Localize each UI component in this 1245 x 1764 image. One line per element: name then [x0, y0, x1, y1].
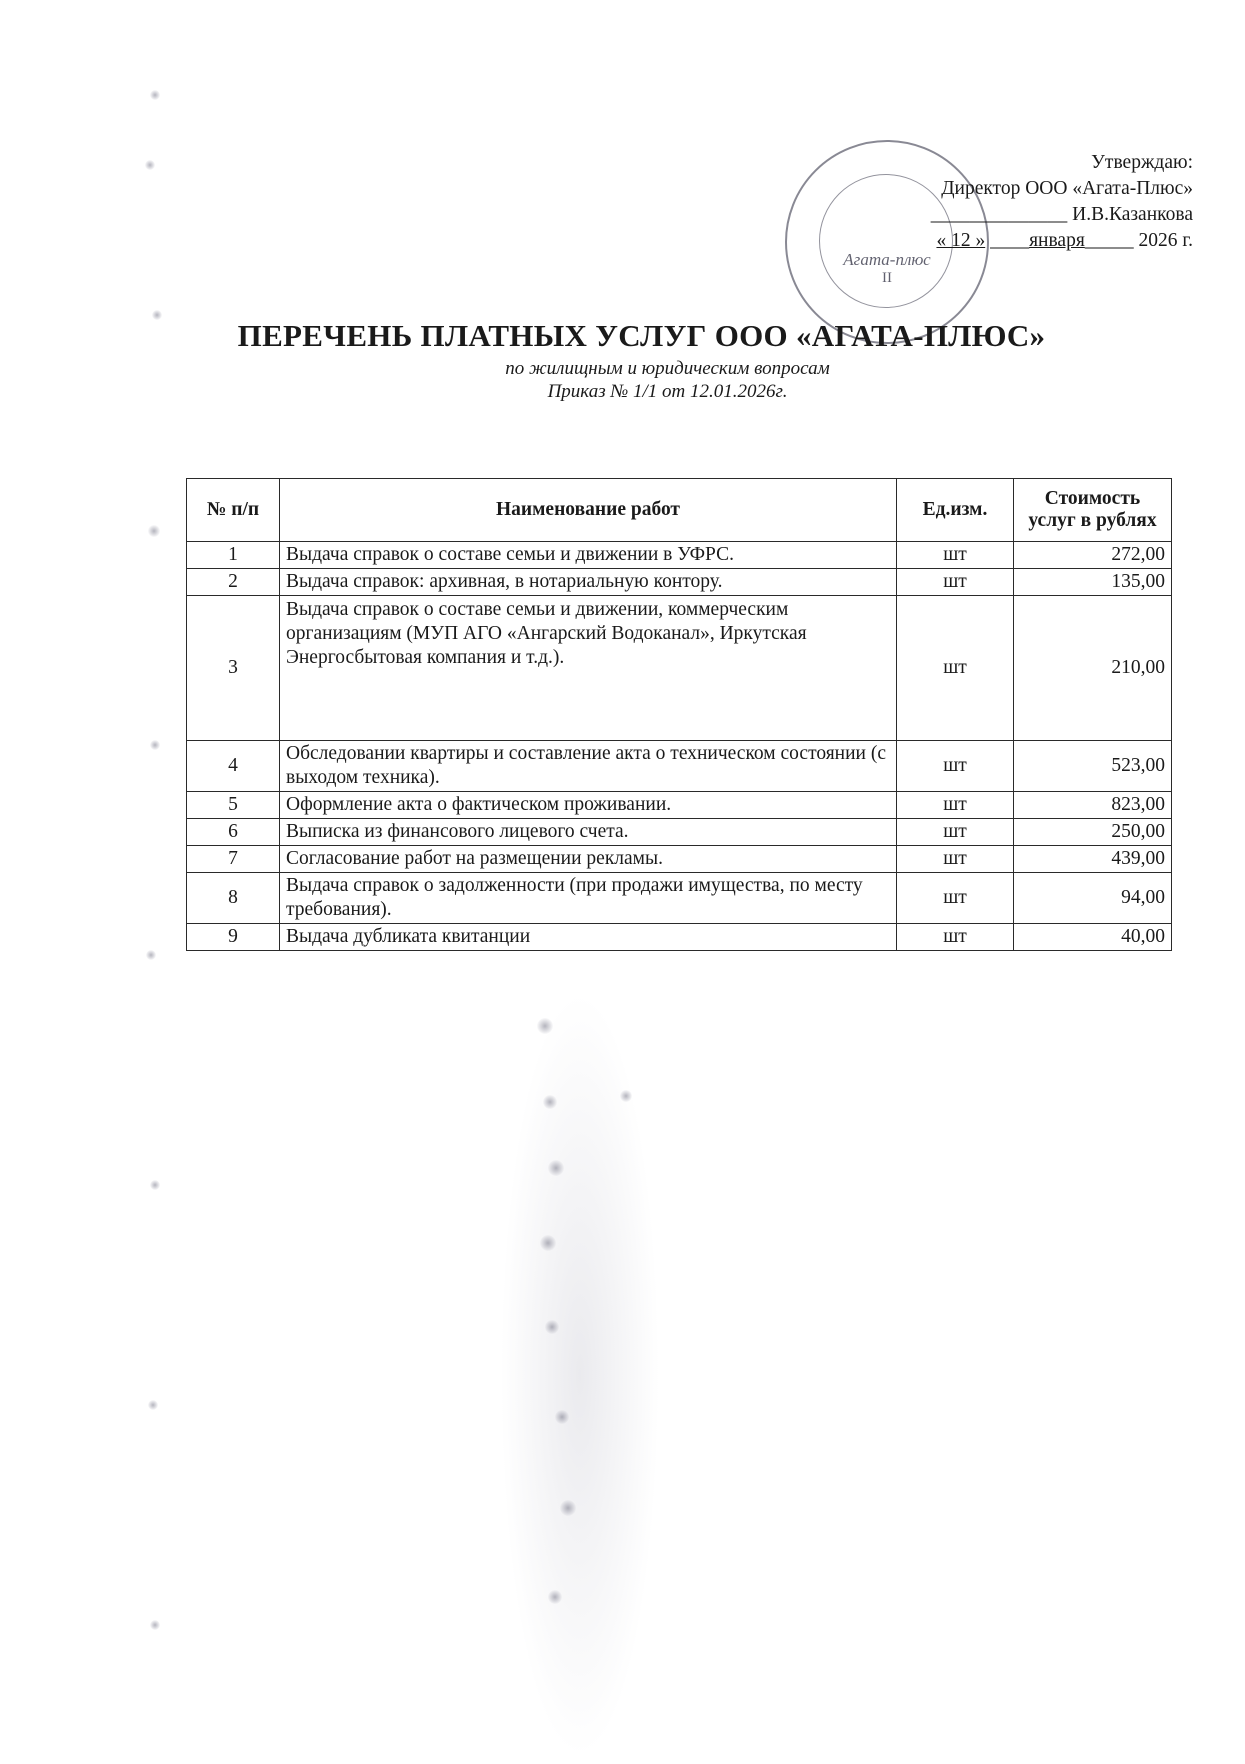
approval-date: « 12 » ____января_____ 2026 г.	[931, 228, 1193, 254]
table-row: 2 Выдача справок: архивная, в нотариальн…	[187, 569, 1172, 596]
table-row: 8 Выдача справок о задолженности (при пр…	[187, 873, 1172, 924]
table-row: 7 Согласование работ на размещении рекла…	[187, 846, 1172, 873]
table-row: 4 Обследовании квартиры и составление ак…	[187, 741, 1172, 792]
approval-year: 2026 г.	[1138, 230, 1193, 251]
header-name: Наименование работ	[280, 479, 897, 542]
table-row: 5 Оформление акта о фактическом проживан…	[187, 792, 1172, 819]
table-row: 3 Выдача справок о составе семьи и движе…	[187, 596, 1172, 741]
document-title: ПЕРЕЧЕНЬ ПЛАТНЫХ УСЛУГ ООО «АГАТА-ПЛЮС»	[0, 318, 1245, 354]
header-num: № п/п	[187, 479, 280, 542]
header-unit: Ед.изм.	[897, 479, 1014, 542]
order-reference: Приказ № 1/1 от 12.01.2026г.	[0, 381, 1245, 403]
approval-day: « 12 »	[936, 230, 985, 251]
stamp-mark: II	[787, 270, 987, 287]
services-price-table: № п/п Наименование работ Ед.изм. Стоимос…	[186, 478, 1172, 951]
table-header-row: № п/п Наименование работ Ед.изм. Стоимос…	[187, 479, 1172, 542]
table-row: 9 Выдача дубликата квитанции шт 40,00	[187, 924, 1172, 951]
approval-month: января	[1029, 230, 1085, 251]
document-subtitle: по жилищным и юридическим вопросам	[0, 358, 1245, 380]
approval-signatory: ______________ И.В.Казанкова	[931, 202, 1193, 228]
approval-position: Директор ООО «Агата-Плюс»	[931, 176, 1193, 202]
header-price: Стоимость услуг в рублях	[1014, 479, 1172, 542]
signatory-name: И.В.Казанкова	[1072, 204, 1193, 225]
approval-heading: Утверждаю:	[931, 150, 1193, 176]
approval-block: Утверждаю: Директор ООО «Агата-Плюс» ___…	[931, 150, 1193, 254]
table-row: 1 Выдача справок о составе семьи и движе…	[187, 542, 1172, 569]
table-row: 6 Выписка из финансового лицевого счета.…	[187, 819, 1172, 846]
